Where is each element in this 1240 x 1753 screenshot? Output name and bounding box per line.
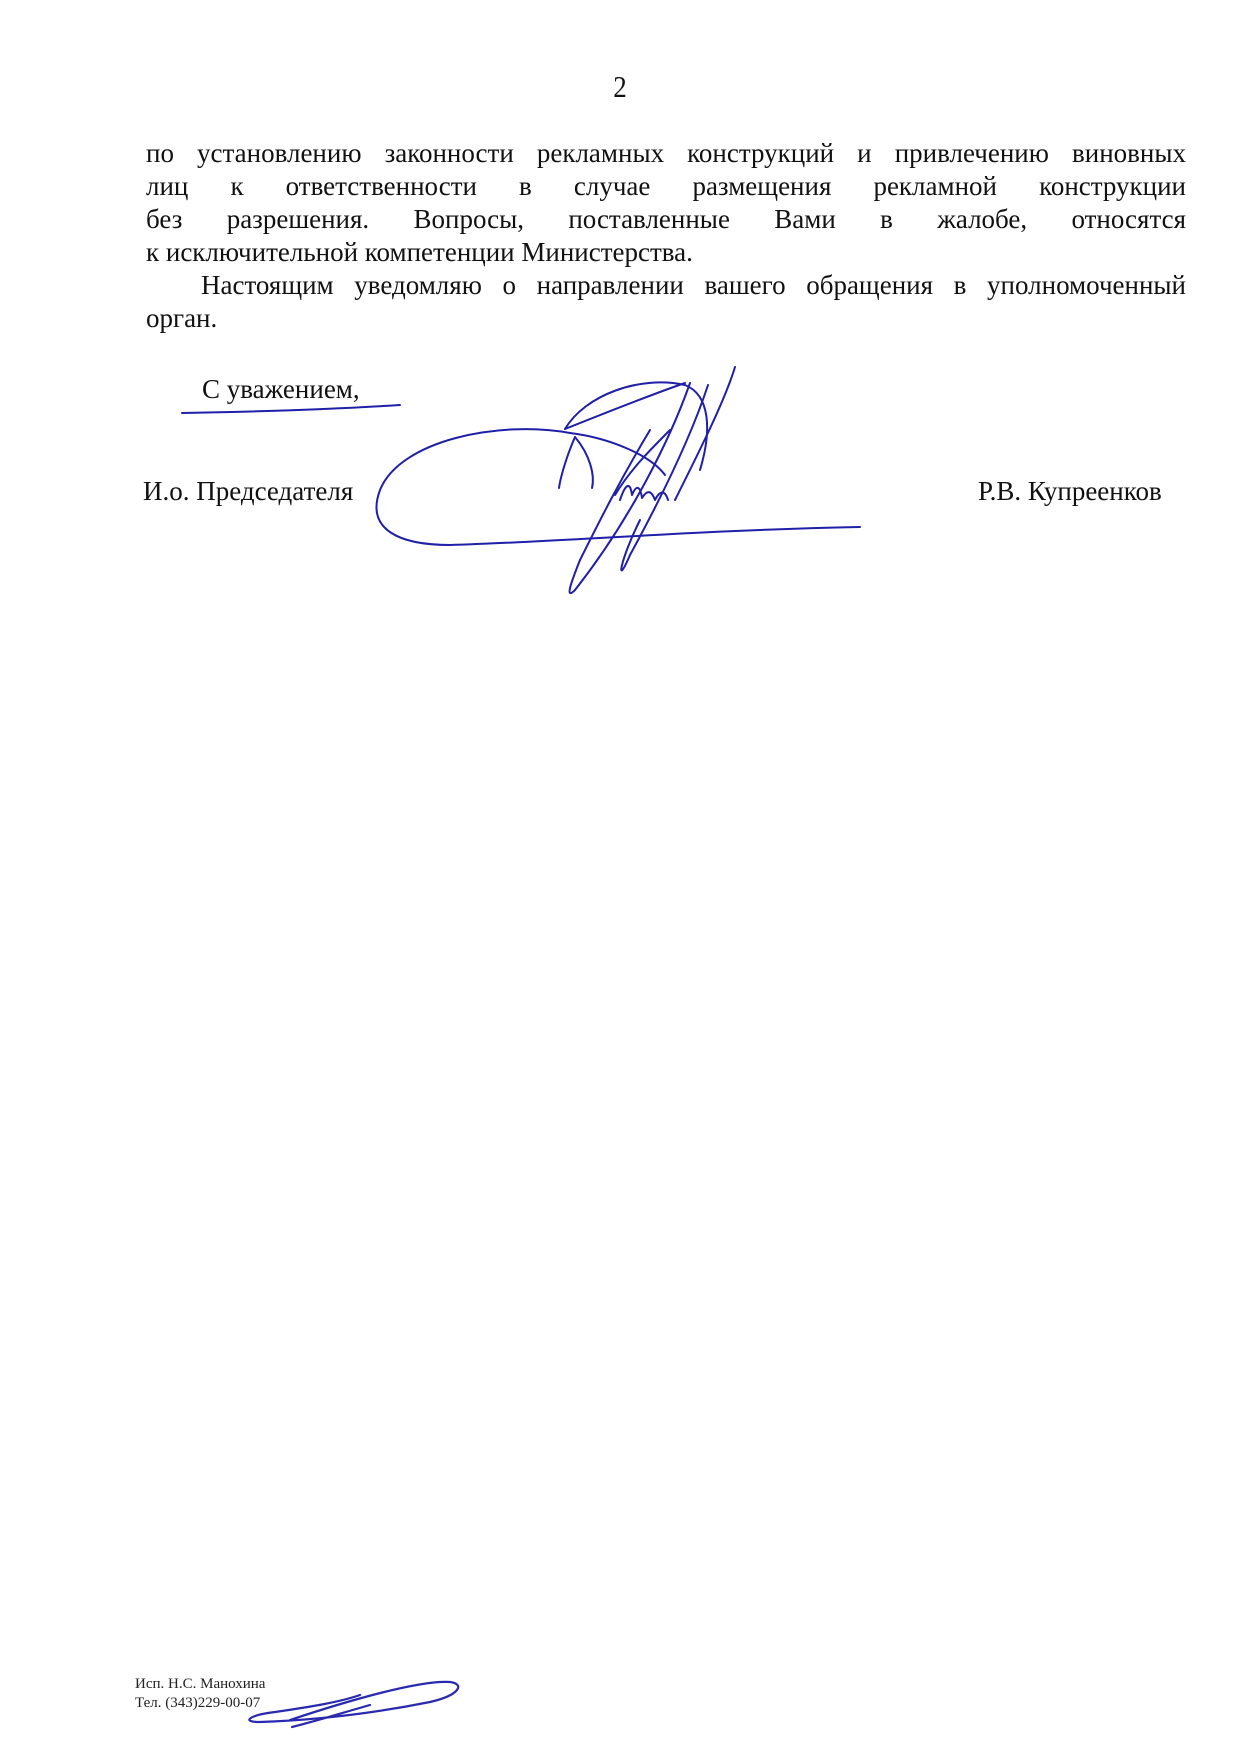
executor-info: Исп. Н.С. Манохина Тел. (343)229-00-07 (135, 1675, 265, 1713)
closing-salutation: С уважением, (202, 374, 360, 405)
body-line: лиц к ответственности в случае размещени… (146, 170, 1186, 203)
body-line: к исключительной компетенции Министерств… (146, 236, 1186, 269)
paragraph-1: по установлению законности рекламных кон… (146, 137, 1186, 269)
executor-name: Исп. Н.С. Манохина (135, 1675, 265, 1694)
signer-position: И.о. Председателя (143, 476, 353, 507)
paragraph-2: Настоящим уведомляю о направлении вашего… (146, 269, 1186, 335)
page-number: 2 (0, 70, 1240, 105)
body-line: Настоящим уведомляю о направлении вашего… (146, 269, 1186, 302)
executor-phone: Тел. (343)229-00-07 (135, 1694, 265, 1713)
body-line: без разрешения. Вопросы, поставленные Ва… (146, 203, 1186, 236)
letter-body: по установлению законности рекламных кон… (146, 137, 1186, 335)
body-line: по установлению законности рекламных кон… (146, 137, 1186, 170)
body-line: орган. (146, 302, 1186, 335)
signer-name: Р.В. Купреенков (978, 476, 1162, 507)
